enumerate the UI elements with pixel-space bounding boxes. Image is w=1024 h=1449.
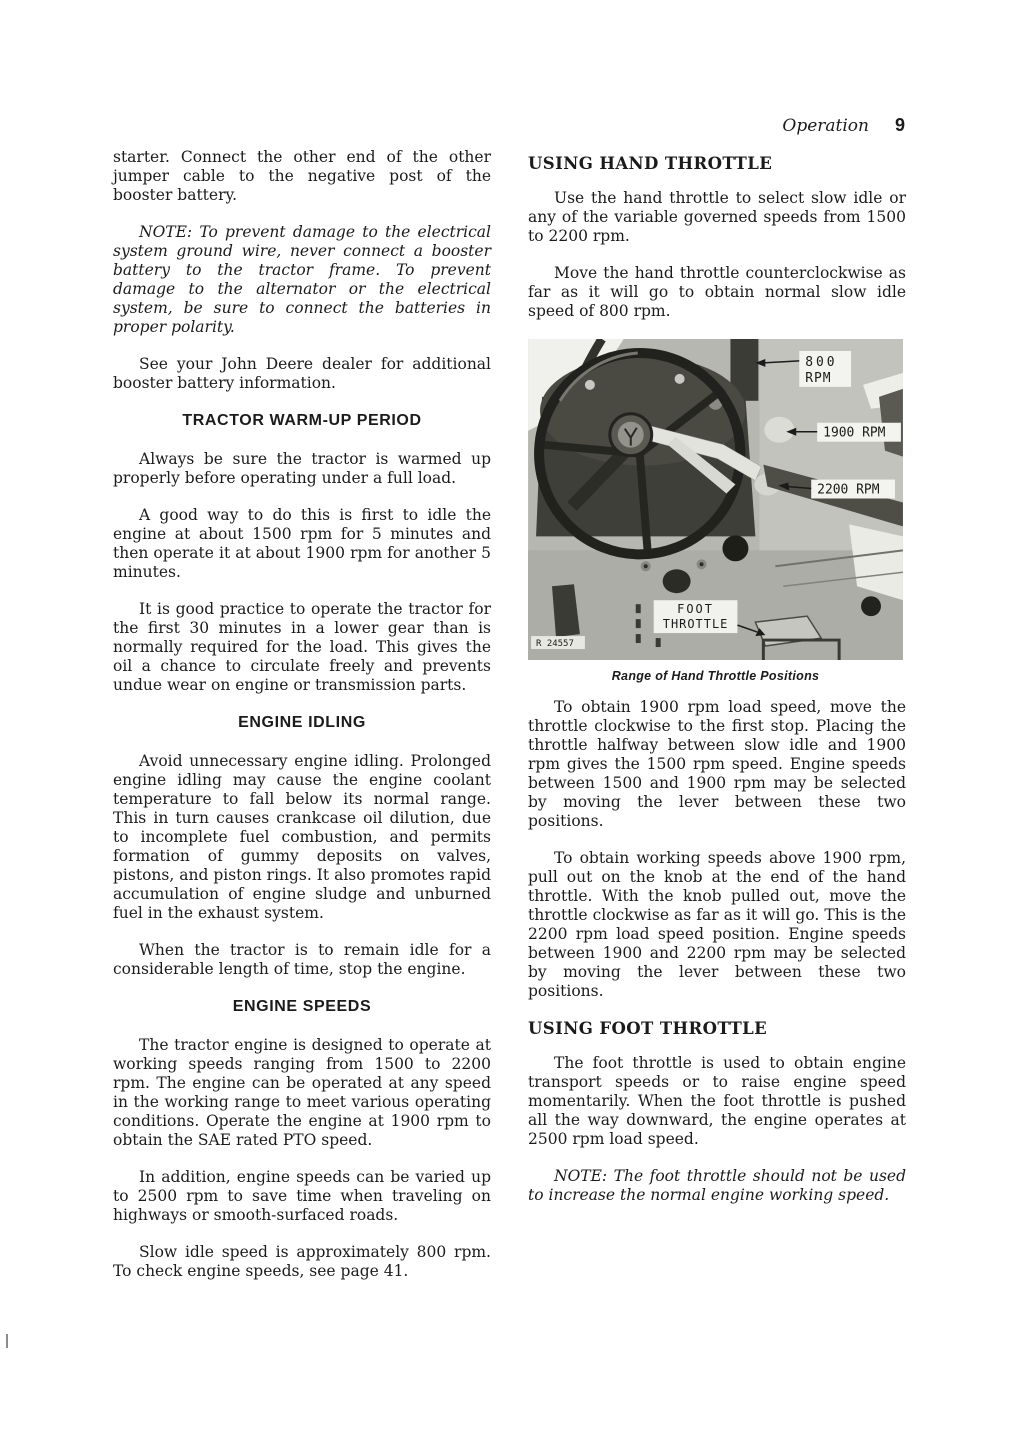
page-number: 9 [895, 116, 905, 135]
throttle-knob-1900-position [764, 417, 794, 443]
section-heading-engine-speeds: ENGINE SPEEDS [113, 997, 491, 1016]
paragraph-obtain-2200: To obtain working speeds above 1900 rpm,… [528, 849, 906, 1001]
figure-caption: Range of Hand Throttle Positions [528, 667, 903, 686]
scan-artifact [6, 1334, 8, 1348]
label-800-rpm-line2: RPM [805, 371, 831, 386]
label-1900-rpm: 1900 RPM [823, 426, 886, 441]
paragraph-foot-throttle: The foot throttle is used to obtain engi… [528, 1054, 906, 1149]
note-foot-throttle: NOTE: The foot throttle should not be us… [528, 1167, 906, 1205]
label-800-rpm-line1: 800 [805, 355, 837, 370]
running-header: Operation 9 [528, 116, 905, 136]
paragraph-move-hand-throttle: Move the hand throttle counterclockwise … [528, 264, 906, 321]
paragraph-slow-idle: Slow idle speed is approximately 800 rpm… [113, 1243, 491, 1281]
label-2200-rpm: 2200 RPM [817, 483, 880, 498]
section-heading-using-foot-throttle: USING FOOT THROTTLE [528, 1019, 906, 1038]
throttle-figure: 800 RPM 1900 RPM 2200 RPM FOOT THROTTLE [528, 339, 903, 686]
label-foot-throttle-line2: THROTTLE [663, 617, 729, 631]
note-booster-battery: NOTE: To prevent damage to the electrica… [113, 223, 491, 337]
section-title: Operation [782, 117, 869, 136]
photo-code: R 24557 [536, 639, 574, 649]
throttle-photo: 800 RPM 1900 RPM 2200 RPM FOOT THROTTLE [528, 339, 903, 660]
paragraph-avoid-idling: Avoid unnecessary engine idling. Prolong… [113, 752, 491, 923]
label-foot-throttle-line1: FOOT [677, 602, 714, 616]
gauge [585, 380, 595, 390]
section-heading-using-hand-throttle: USING HAND THROTTLE [528, 154, 906, 173]
paragraph-use-hand-throttle: Use the hand throttle to select slow idl… [528, 189, 906, 246]
paragraph-in-addition: In addition, engine speeds can be varied… [113, 1168, 491, 1225]
section-heading-engine-idling: ENGINE IDLING [113, 713, 491, 732]
section-heading-warm-up: TRACTOR WARM-UP PERIOD [113, 411, 491, 430]
left-column: starter. Connect the other end of the ot… [113, 148, 491, 1299]
manual-page: Operation 9 starter. Connect the other e… [0, 0, 1024, 1449]
right-column: USING HAND THROTTLE Use the hand throttl… [528, 148, 906, 1223]
paragraph-dealer: See your John Deere dealer for additiona… [113, 355, 491, 393]
paragraph-always: Always be sure the tractor is warmed up … [113, 450, 491, 488]
paragraph-starter: starter. Connect the other end of the ot… [113, 148, 491, 205]
paragraph-designed-speeds: The tractor engine is designed to operat… [113, 1036, 491, 1150]
paragraph-good-practice: It is good practice to operate the tract… [113, 600, 491, 695]
paragraph-good-way: A good way to do this is first to idle t… [113, 506, 491, 582]
paragraph-remain-idle: When the tractor is to remain idle for a… [113, 941, 491, 979]
gauge [675, 374, 685, 384]
paragraph-obtain-1900: To obtain 1900 rpm load speed, move the … [528, 698, 906, 831]
